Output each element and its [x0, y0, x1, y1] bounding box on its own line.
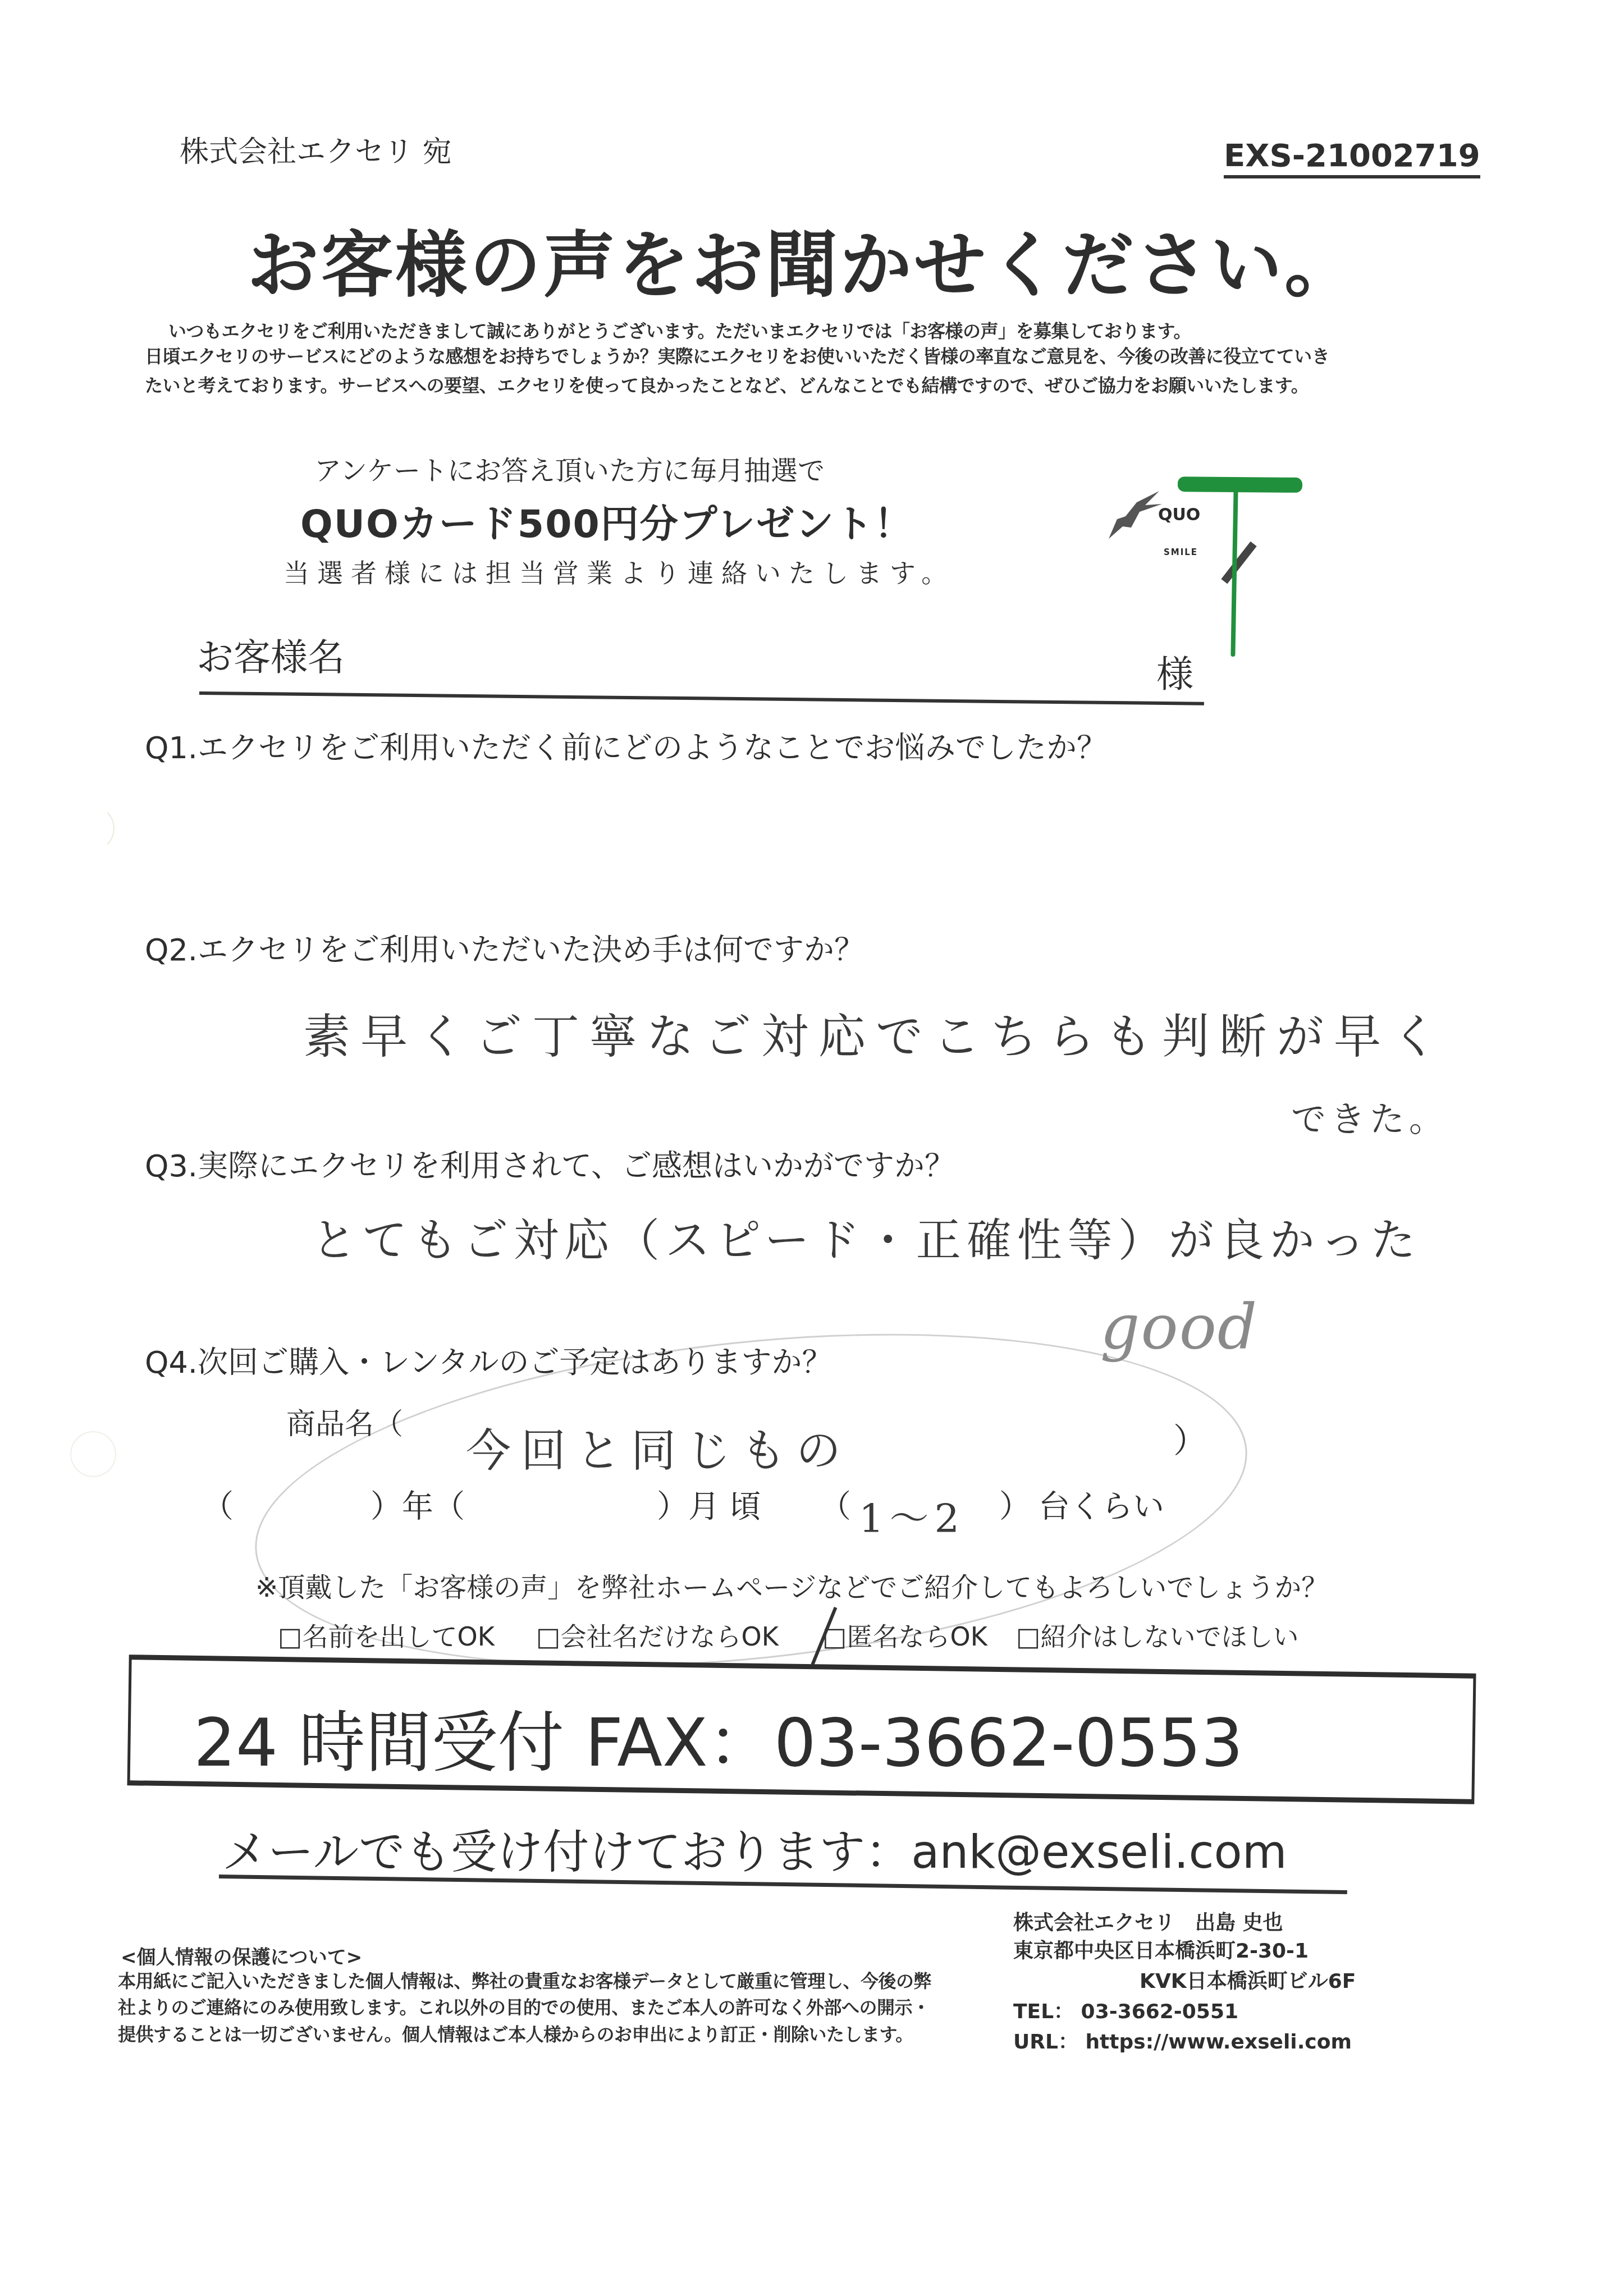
addressee: 株式会社エクセリ 宛	[180, 128, 452, 170]
company-building: KVK日本橋浜町ビル6F	[1140, 1965, 1356, 1994]
customer-name-label: お客様名	[196, 627, 345, 681]
quantity-value: 1〜2	[859, 1487, 965, 1544]
question-1: Q1.エクセリをご利用いただく前にどのようなことでお悩みでしたか？	[145, 724, 1107, 767]
quantity-open: （	[820, 1482, 851, 1527]
company-name: 株式会社エクセリ 出島 史也	[1013, 1907, 1283, 1936]
promo-headline: QUOカード500円分プレゼント！	[300, 494, 913, 548]
hole-punch-mark	[70, 1431, 116, 1477]
customer-name-suffix: 様	[1156, 644, 1193, 698]
answer-3-handwritten: とてもご対応（スピード・正確性等）が良かった	[312, 1204, 1421, 1268]
promo-line: アンケートにお答え頂いた方に毎月抽選で	[314, 449, 825, 488]
promo-line: 当選者様には担当営業より連絡いたします。	[283, 553, 955, 590]
quo-logo-subtext: SMILE	[1164, 547, 1198, 557]
privacy-line: 本用紙にご記入いただきました個人情報は、弊社の貴重なお客様データとして厳重に管理…	[118, 1967, 931, 1993]
month-label: ）月 頃	[657, 1482, 761, 1527]
green-marker-stroke	[1178, 476, 1302, 493]
consent-option-anonymous-ok[interactable]: □匿名ならOK	[822, 1616, 987, 1653]
quantity-label: 台くらい	[1039, 1482, 1164, 1527]
consent-question: ※頂戴した「お客様の声」を弊社ホームページなどでご紹介してもよろしいでしょうか？	[255, 1566, 1328, 1605]
customer-name-field[interactable]	[199, 691, 1204, 705]
hole-punch-mark	[68, 805, 115, 851]
question-2: Q2.エクセリをご利用いただいた決め手は何ですか？	[145, 926, 864, 969]
document-id: EXS-21002719	[1224, 138, 1480, 178]
question-3: Q3.実際にエクセリを利用されて、ご感想はいかがですか？	[145, 1142, 955, 1185]
consent-option-no-introduction[interactable]: □紹介はしないでほしい	[1016, 1616, 1298, 1653]
company-address: 東京都中央区日本橋浜町2-30-1	[1013, 1935, 1309, 1964]
answer-2-handwritten: 素早くご丁寧なご対応でこちらも判断が早く	[303, 999, 1448, 1067]
quo-logo-text: QUO	[1158, 505, 1200, 525]
year-label: ）年（	[370, 1482, 465, 1527]
answer-2-handwritten-cont: できた。	[1291, 1092, 1448, 1142]
privacy-line: 社よりのご連絡にのみ使用致します。これ以外の目的での使用、またご本人の許可なく外…	[118, 1993, 930, 2019]
product-name-close: ）	[1173, 1414, 1207, 1463]
intro-line: いつもエクセリをご利用いただきまして誠にありがとうございます。ただいまエクセリで…	[168, 317, 1191, 343]
product-name-value: 今回と同じもの	[466, 1414, 851, 1479]
company-url[interactable]: URL： https://www.exseli.com	[1013, 2026, 1352, 2055]
company-tel: TEL： 03-3662-0551	[1013, 1996, 1238, 2024]
green-marker-stroke	[1230, 488, 1238, 657]
email-contact[interactable]: メールでも受け付けております：ank@exseli.com	[222, 1816, 1287, 1881]
product-name-label: 商品名（	[286, 1400, 403, 1442]
question-4: Q4.次回ご購入・レンタルのご予定はありますか？	[145, 1339, 832, 1382]
quantity-close: ）	[999, 1482, 1031, 1527]
consent-option-company-ok[interactable]: □会社名だけならOK	[536, 1616, 779, 1653]
consent-option-name-ok[interactable]: □名前を出してOK	[278, 1616, 495, 1653]
good-annotation: good	[1100, 1291, 1258, 1363]
intro-line: たいと考えております。サービスへの要望、エクセリを使って良かったことなど、どんな…	[145, 372, 1309, 397]
fax-number: 24 時間受付 FAX：03-3662-0553	[194, 1689, 1243, 1785]
page-title: お客様の声をお聞かせください。	[247, 208, 1358, 311]
privacy-heading: <個人情報の保護について>	[121, 1942, 362, 1969]
privacy-line: 提供することは一切ございません。個人情報はご本人様からのお申出により訂正・削除い…	[118, 2020, 913, 2046]
intro-line: 日頃エクセリのサービスにどのような感想をお持ちでしょうか？実際にエクセリをお使い…	[145, 342, 1329, 368]
year-open: （	[202, 1482, 234, 1527]
logo-slash-mark	[1221, 542, 1256, 584]
